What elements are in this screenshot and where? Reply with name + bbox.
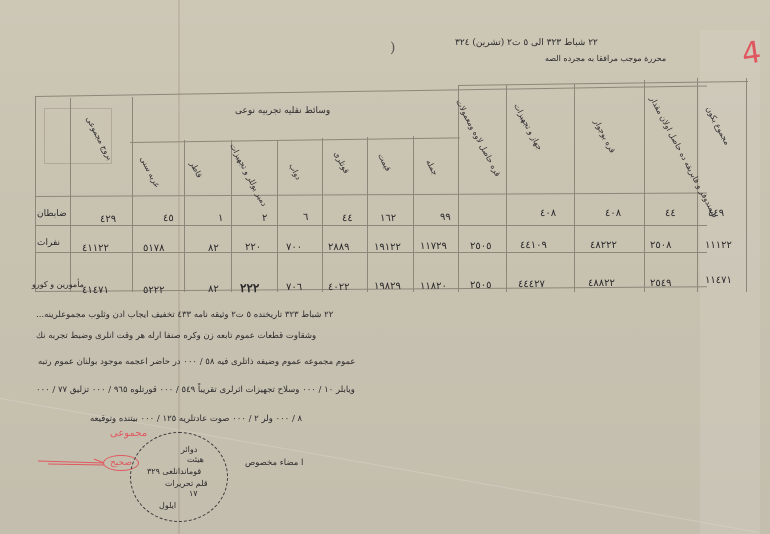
cell: ٤٢٩ — [100, 214, 116, 225]
cell: ٥١٧٨ — [143, 243, 164, 254]
row-label-officers: ضابطان — [37, 209, 67, 219]
seal-line: قلم تحریرات — [165, 479, 208, 488]
document-page: 4 ( ٢٢ شباط ٣٢٣ الى ٥ ت٢ (تشرين) ٣٢٤ محر… — [0, 0, 770, 534]
cell: ٤٤ — [342, 213, 353, 224]
red-arrow-icon — [38, 454, 106, 460]
body-line-1: ٢٢ شباط ٣٢٣ تاریخنده ٥ ت٢ وثیقه نامه ٤٣٣… — [36, 310, 333, 320]
col-header-10: دمیر یوللر و تجهیزات — [228, 142, 269, 208]
cell: ٤٨٨٢٢ — [588, 278, 615, 289]
cell: ٢٥٠٥ — [470, 241, 491, 252]
cell: ١١٤٧١ — [705, 275, 732, 286]
cell: ١٩٨٢٩ — [374, 281, 401, 292]
seal-line: قوماندانلغی ٣٢٩ — [147, 467, 201, 476]
pencil-mark: ( — [390, 40, 395, 56]
col-header-7: قیمت — [376, 152, 393, 173]
cell: ٤٠٨ — [540, 208, 556, 219]
cell: ١١٨٢٠ — [420, 281, 447, 292]
cell: ٢٢٢ — [240, 281, 259, 295]
header-date-line: ٢٢ شباط ٣٢٣ الى ٥ ت٢ (تشرين) ٣٢٤ — [455, 38, 598, 48]
col-header-6: جمله — [424, 158, 440, 177]
body-line-2: وشقاوت قطعات عموم تابعه زن وکره صنفا ارل… — [36, 331, 316, 341]
cell: ١١٧٢٩ — [420, 241, 447, 252]
signature-text: ا مضاء مخصوص — [245, 458, 303, 468]
cell: ٤٤ — [665, 208, 676, 219]
cell: ٨٢ — [208, 243, 219, 254]
row-label-total: مأمورین و کورو — [32, 280, 84, 289]
cell: ٨٢ — [208, 284, 219, 295]
cell: ١٦٢ — [380, 213, 396, 224]
cell: ٤٤٤٢٧ — [518, 279, 545, 290]
seal-line: هيئت — [187, 455, 204, 464]
cell: ٤٥ — [163, 213, 174, 224]
cell: ٤٠٨ — [605, 208, 621, 219]
cell: ٧٠٠ — [286, 242, 302, 253]
col-header-8: قوتلرى — [332, 150, 351, 175]
col-header-3: قره بوجوار — [592, 118, 617, 154]
cell: ١١١٢٢ — [705, 240, 732, 251]
cell: ٤٤٩ — [708, 208, 724, 219]
official-seal: دوائر هيئت قوماندانلغی ٣٢٩ قلم تحریرات ١… — [130, 432, 228, 522]
body-line-5: ٨ / ٠٠٠ ولر ٢ / ٠٠٠ صوت عادتلریه ١٢٥ / ٠… — [90, 414, 302, 424]
cell: ٢٥٤٩ — [650, 278, 671, 289]
cell: ٤١١٢٢ — [82, 243, 109, 254]
cell: ٤١٤٧١ — [82, 285, 109, 296]
cell: ٤٨٢٢٢ — [590, 240, 617, 251]
col-header-12: عربه سنی — [138, 155, 162, 189]
cell: ٧٠٦ — [286, 282, 302, 293]
header-subject-line: محررة موجب مرافقا به مجرده الصه — [545, 54, 666, 63]
seal-line: ايلول — [159, 501, 176, 510]
cell: ٢٨٨٩ — [328, 242, 349, 253]
seal-line: ١٧ — [189, 489, 198, 498]
cell: ٤٠٢٢ — [328, 282, 349, 293]
cell: ٩٩ — [440, 212, 451, 223]
cell: ٢ — [262, 213, 267, 224]
cell: ١٩١٢٢ — [374, 242, 401, 253]
cell: ٢٥٠٨ — [650, 240, 671, 251]
cell: ٥٢٢٢ — [143, 285, 164, 296]
cell: ١ — [218, 213, 223, 224]
cell: ٤٤١٠٩ — [520, 240, 547, 251]
cell: ٢٢٠ — [245, 242, 261, 253]
col-header-11: قاطر — [188, 160, 204, 179]
group-header: وسائط نقليه تجربيه نوعى — [235, 106, 330, 116]
col-header-4: جهاز و تجهیزات — [512, 102, 544, 152]
body-line-4: ويابلر ١٠ / ٠٠٠ وسلاح تجهیزات اثرلرى تقر… — [36, 385, 355, 395]
col-header-9: دواب — [287, 162, 303, 181]
row-label-soldiers: نفرات — [37, 238, 60, 248]
col-header-5: قره حاصل لاوه ومعمولات — [454, 98, 502, 178]
seal-line: دوائر — [181, 445, 197, 454]
body-line-3: عموم مجموعه عموم وضيفه ذاتلرى فيه ٥٨ / ٠… — [38, 357, 356, 367]
red-annotation-text: مجموعی — [110, 428, 147, 439]
cell: ٢٥٠٥ — [470, 280, 491, 291]
cell: ٦ — [303, 212, 308, 223]
